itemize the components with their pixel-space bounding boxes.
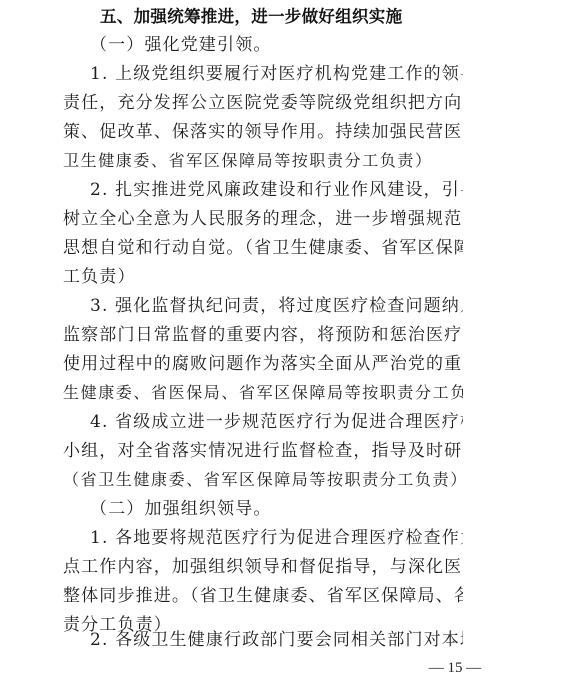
- paragraph-line: 使用过程中的腐败问题作为落实全面从严治党的重要内容。（省卫: [63, 350, 463, 378]
- paragraph-line: 2. 各级卫生健康行政部门要会同相关部门对本地落实情况进: [90, 626, 463, 654]
- paragraph-line-responsibility: 生健康委、省医保局、省军区保障局等按职责分工负责）: [63, 379, 463, 407]
- paragraph-line: 树立全心全意为人民服务的理念，进一步增强规范医疗服务行为的: [63, 205, 463, 233]
- document-page: 五、加强统筹推进，进一步做好组织实施 （一）强化党建引领。 1. 上级党组织要履…: [0, 0, 578, 696]
- paragraph-line: 2. 扎实推进党风廉政建设和行业作风建设，引导医务人员牢固: [90, 176, 463, 204]
- paragraph-line: 4. 省级成立进一步规范医疗行为促进合理医疗检查工作领导: [90, 408, 463, 436]
- subsection-title-1: （一）强化党建引领。: [90, 31, 490, 59]
- paragraph-line: 点工作内容，加强组织领导和督促指导，与深化医药卫生体制改革: [63, 553, 463, 581]
- paragraph-line: 3. 强化监督执纪问责，将过度医疗检查问题纳入医疗机构纪检: [90, 292, 463, 320]
- page-number: — 15 —: [400, 656, 510, 680]
- paragraph-line: 监察部门日常监督的重要内容，将预防和惩治医疗检查、医保基金: [63, 321, 463, 349]
- paragraph-line: 小组，对全省落实情况进行监督检查，指导及时研究解决相关问题。: [63, 437, 463, 465]
- paragraph-line: 责任，充分发挥公立医院党委等院级党组织把方向、管大局、作决: [63, 89, 463, 117]
- paragraph-line: 工负责）: [63, 263, 463, 291]
- paragraph-line-responsibility: （省卫生健康委、省军区保障局等按职责分工负责）: [63, 466, 463, 494]
- paragraph-line: 1. 上级党组织要履行对医疗机构党建工作的领导、指导和监督: [90, 60, 463, 88]
- paragraph-line: 策、促改革、保落实的领导作用。持续加强民营医院党的建设。（省: [63, 118, 463, 146]
- paragraph-line-responsibility: 卫生健康委、省军区保障局等按职责分工负责）: [63, 147, 463, 175]
- paragraph-line: 1. 各地要将规范医疗行为促进合理医疗检查作为民生领域重: [90, 524, 463, 552]
- subsection-title-2: （二）加强组织领导。: [90, 495, 490, 523]
- section-heading: 五、加强统筹推进，进一步做好组织实施: [100, 3, 480, 31]
- paragraph-line: 整体同步推进。（省卫生健康委、省军区保障局、各市人民政府按职: [63, 582, 463, 610]
- paragraph-line: 思想自觉和行动自觉。（省卫生健康委、省军区保障局等按职责分: [63, 234, 463, 262]
